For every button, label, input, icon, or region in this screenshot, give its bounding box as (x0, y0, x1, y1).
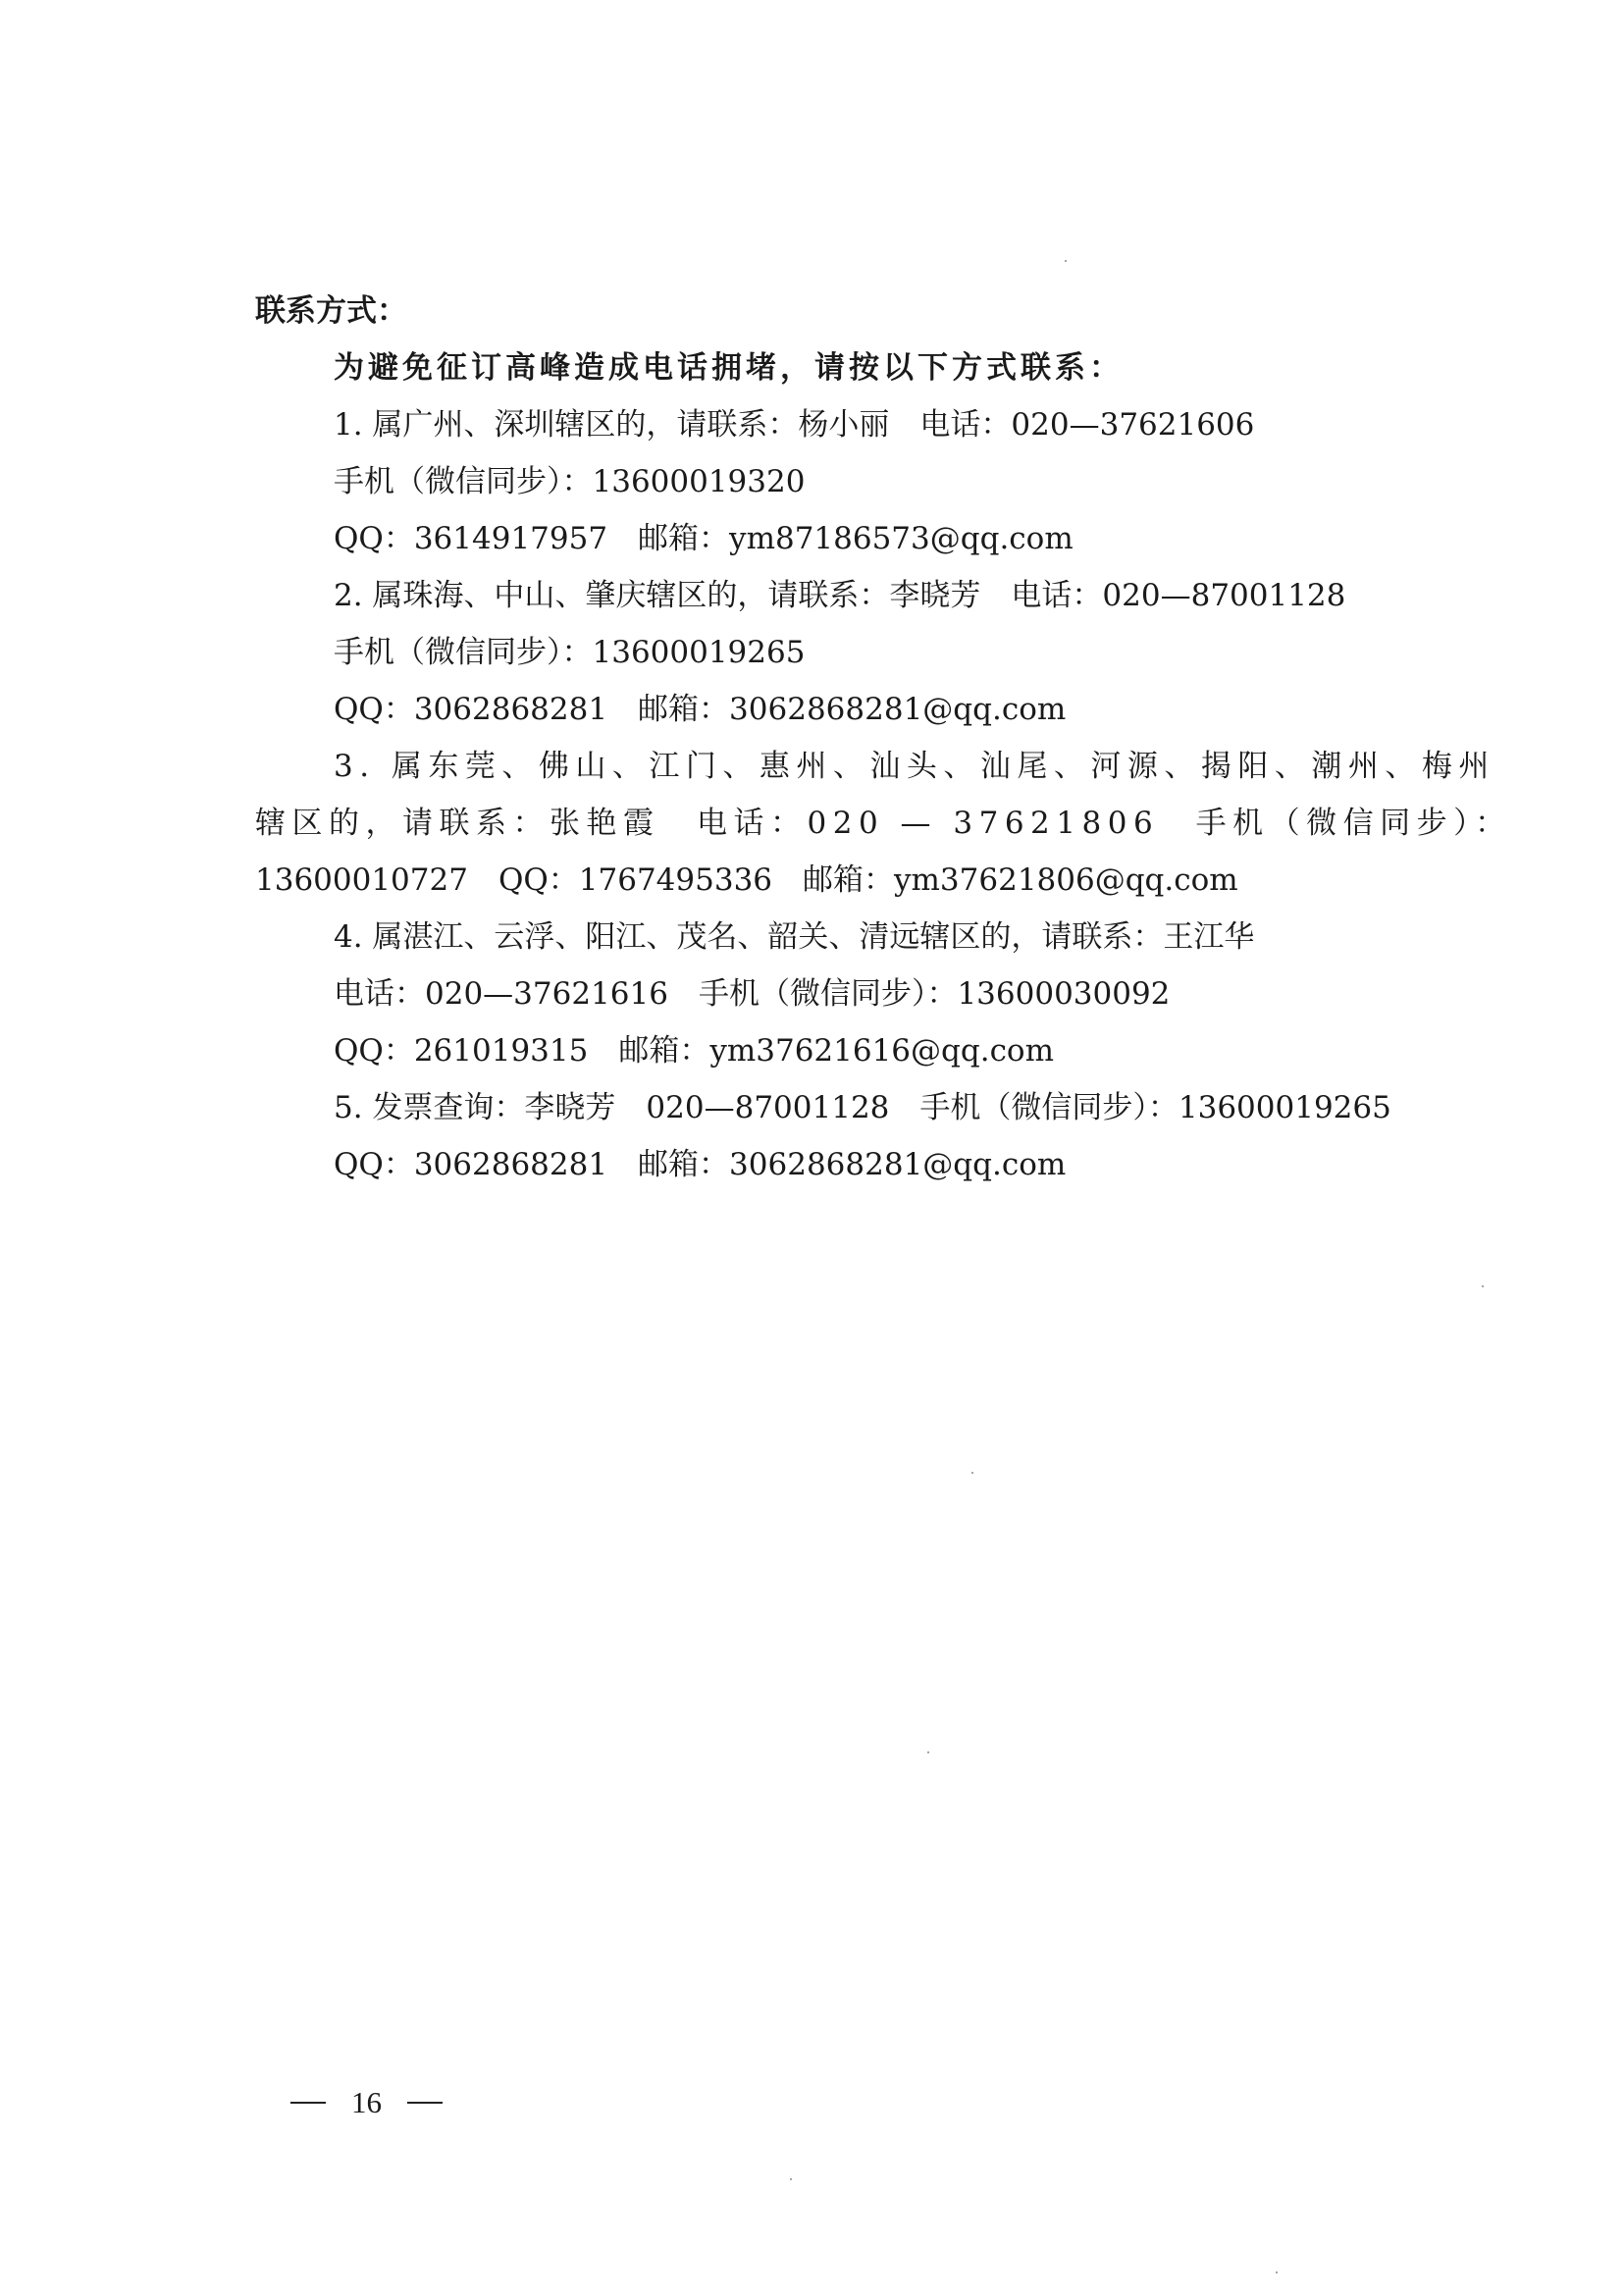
contact-3-line-2: 辖区的，请联系：张艳霞 电话：020 — 37621806 手机（微信同步）： (255, 804, 1512, 843)
contact-3-line-3: 13600010727 QQ：1767495336 邮箱：ym37621806@… (255, 861, 1238, 900)
contact-heading: 联系方式： (255, 291, 407, 331)
contact-1-line-2: 手机（微信同步）：13600019320 (334, 462, 805, 501)
contact-2-line-2: 手机（微信同步）：13600019265 (334, 633, 805, 672)
scan-speck (1482, 1285, 1484, 1287)
scan-speck (1065, 260, 1067, 262)
contact-5-line-1: 5. 发票查询：李晓芳 020—87001128 手机（微信同步）：136000… (334, 1088, 1391, 1127)
contact-intro: 为避免征订高峰造成电话拥堵，请按以下方式联系： (334, 348, 1124, 388)
scan-speck (927, 1751, 929, 1753)
scan-speck (790, 2178, 792, 2180)
contact-2-line-3: QQ：3062868281 邮箱：3062868281@qq.com (334, 690, 1066, 729)
contact-4-line-1: 4. 属湛江、云浮、阳江、茂名、韶关、清远辖区的，请联系：王江华 (334, 917, 1254, 957)
contact-3-line-1: 3. 属东莞、佛山、江门、惠州、汕头、汕尾、河源、揭阳、潮州、梅州 (334, 747, 1495, 786)
contact-2-line-1: 2. 属珠海、中山、肇庆辖区的，请联系：李晓芳 电话：020—87001128 (334, 576, 1345, 615)
contact-5-line-2: QQ：3062868281 邮箱：3062868281@qq.com (334, 1145, 1066, 1184)
scan-speck (1276, 2271, 1278, 2273)
page-number: 16 (290, 2085, 443, 2120)
contact-4-line-3: QQ：261019315 邮箱：ym37621616@qq.com (334, 1031, 1054, 1070)
page-number-value: 16 (351, 2085, 382, 2120)
contact-4-line-2: 电话：020—37621616 手机（微信同步）：13600030092 (334, 974, 1170, 1014)
contact-1-line-1: 1. 属广州、深圳辖区的，请联系：杨小丽 电话：020—37621606 (334, 405, 1254, 444)
contact-1-line-3: QQ：3614917957 邮箱：ym87186573@qq.com (334, 519, 1074, 558)
scan-speck (971, 1472, 973, 1474)
page-number-right-dash (407, 2102, 443, 2104)
page-number-left-dash (290, 2102, 326, 2104)
